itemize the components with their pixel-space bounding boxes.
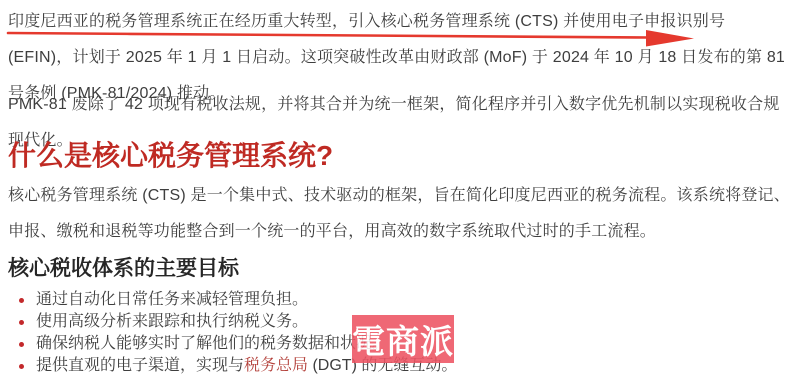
list-item: 通过自动化日常任务来减轻管理负担。 bbox=[8, 289, 794, 311]
list-item-text: 使用高级分析来跟踪和执行纳税义务。 bbox=[36, 313, 308, 330]
section-heading-what-is-cts: 什么是核心税务管理系统? bbox=[8, 140, 794, 172]
watermark-badge: 電商派 bbox=[352, 315, 454, 363]
list-item-text: 确保纳税人能够实时了解他们的税务数据和状况。 bbox=[36, 335, 388, 352]
watermark-text: 電商派 bbox=[352, 316, 454, 363]
list-item-text: 通过自动化日常任务来减轻管理负担。 bbox=[36, 291, 308, 308]
section-heading-key-goals: 核心税收体系的主要目标 bbox=[8, 256, 794, 282]
list-item-text: 提供直观的电子渠道，实现与 bbox=[36, 357, 244, 374]
cts-description-paragraph: 核心税务管理系统 (CTS) 是一个集中式、技术驱动的框架，旨在简化印度尼西亚的… bbox=[8, 178, 794, 250]
dgt-link[interactable]: 税务总局 bbox=[244, 357, 308, 374]
